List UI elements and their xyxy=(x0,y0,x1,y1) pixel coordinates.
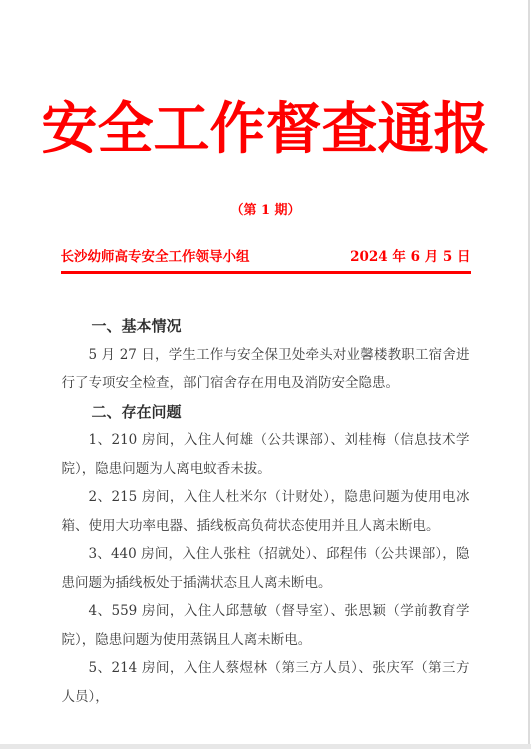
issuing-organization: 长沙幼师高专安全工作领导小组 xyxy=(61,248,250,267)
problem-item-3: 3、440 房间，入住人张柱（招就处）、邱程伟（公共课部），隐患问题为插线板处于… xyxy=(62,540,470,597)
document-page: 安全工作督查通报 （第 1 期） 长沙幼师高专安全工作领导小组 2024 年 6… xyxy=(0,0,531,749)
section-heading-existing-problems: 二、存在问题 xyxy=(62,398,470,427)
problem-item-4: 4、559 房间，入住人邱慧敏（督导室）、张思颖（学前教育学院），隐患问题为使用… xyxy=(62,597,470,654)
problem-item-2: 2、215 房间，入住人杜米尔（计财处），隐患问题为使用电冰箱、使用大功率电器、… xyxy=(62,483,470,540)
red-divider-line xyxy=(61,271,471,274)
issue-number: （第 1 期） xyxy=(0,202,531,220)
document-title: 安全工作督查通报 xyxy=(0,98,531,160)
document-header: 长沙幼师高专安全工作领导小组 2024 年 6 月 5 日 xyxy=(61,248,471,267)
problem-item-5: 5、214 房间，入住人蔡煜林（第三方人员）、张庆军（第三方人员）， xyxy=(62,654,470,711)
issue-date: 2024 年 6 月 5 日 xyxy=(350,248,470,267)
page-edge-right xyxy=(528,0,530,744)
problem-item-1: 1、210 房间，入住人何雄（公共课部）、刘桂梅（信息技术学院），隐患问题为人离… xyxy=(62,426,470,483)
section-heading-basic-situation: 一、基本情况 xyxy=(62,312,470,341)
paragraph-basic-situation: 5 月 27 日，学生工作与安全保卫处牵头对业馨楼教职工宿舍进行了专项安全检查，… xyxy=(62,341,470,398)
page-edge-bottom xyxy=(0,744,531,749)
document-body: 一、基本情况 5 月 27 日，学生工作与安全保卫处牵头对业馨楼教职工宿舍进行了… xyxy=(62,312,470,711)
